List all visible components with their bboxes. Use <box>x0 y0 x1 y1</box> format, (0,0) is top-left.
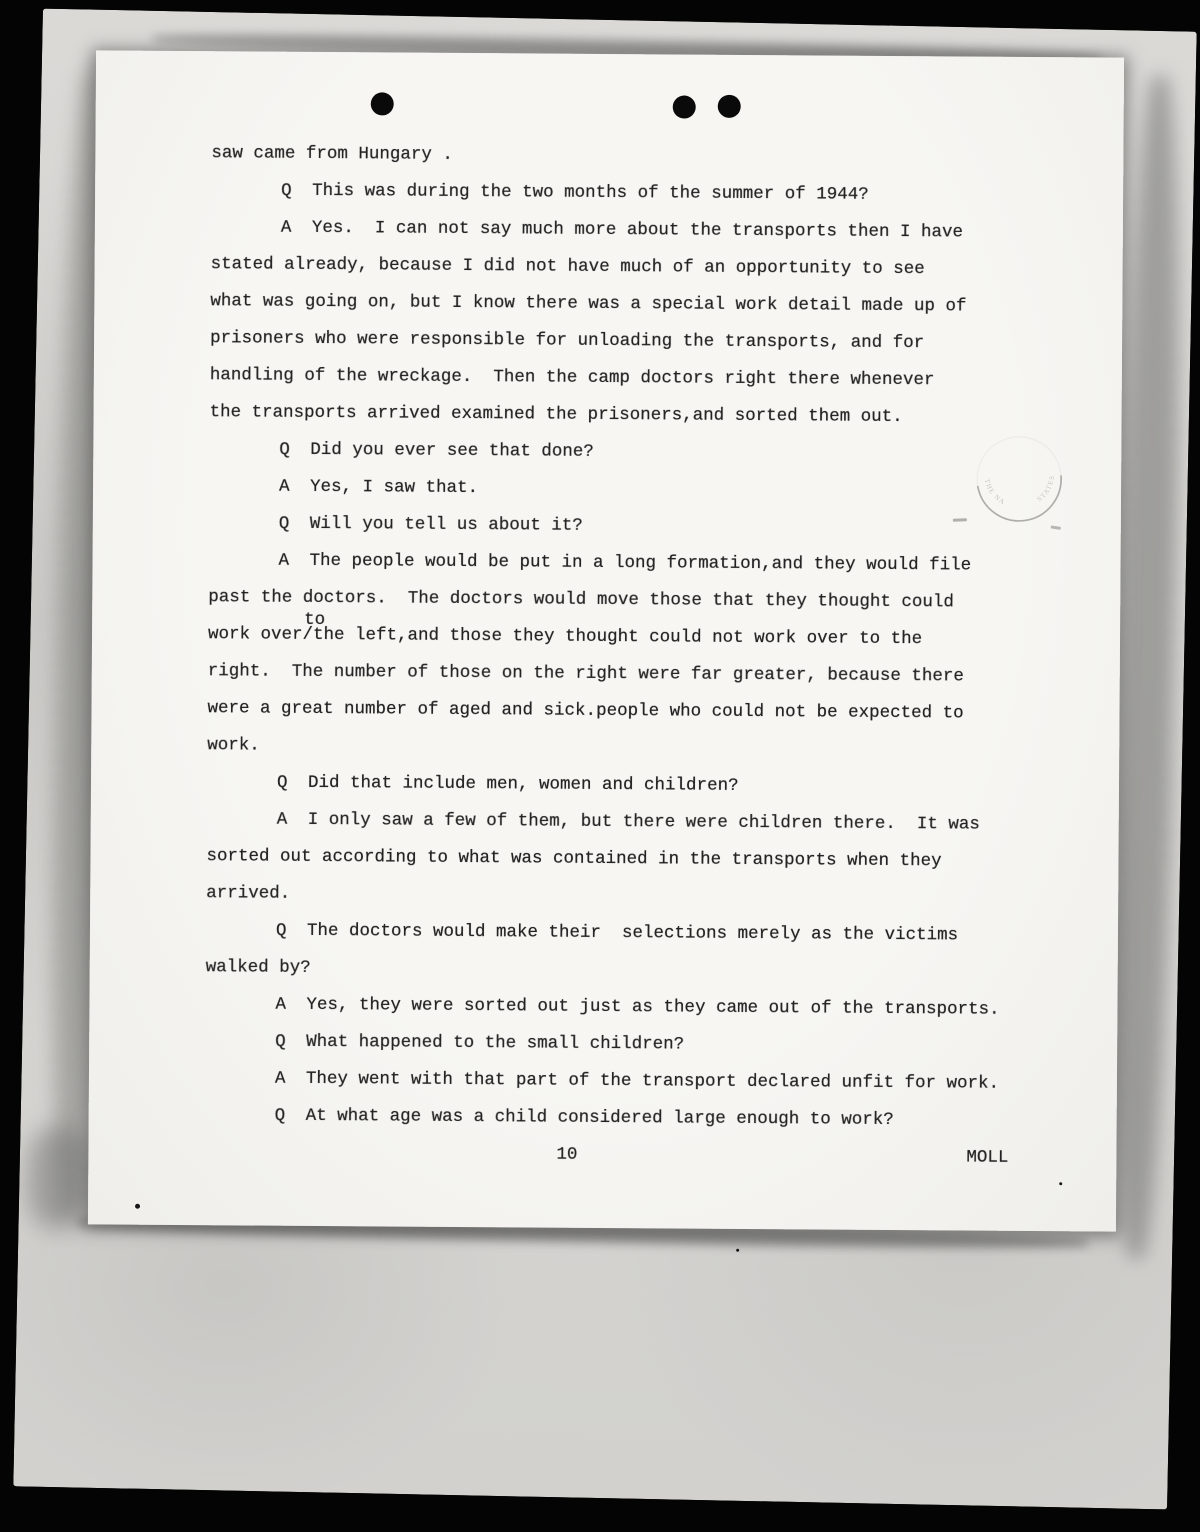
line-text: This was during the two months of the su… <box>312 181 869 205</box>
transcript-line: work over/the left,and those they though… <box>208 616 1048 659</box>
transcript-line: work. <box>207 727 1047 770</box>
transcript-text: saw came from Hungary . QThis was during… <box>204 135 1051 1177</box>
transcript-line: QAt what age was a child considered larg… <box>205 1097 1045 1140</box>
transcript-line: walked by? <box>206 949 1046 992</box>
speaker-label: Q <box>275 1098 306 1135</box>
line-text: prisoners who were responsible for unloa… <box>210 328 924 353</box>
line-text: Will you tell us about it? <box>310 514 583 536</box>
svg-text:THE NA: THE NA <box>983 478 1008 507</box>
line-text: The doctors would make their selections … <box>307 921 958 946</box>
page-number: 10 <box>556 1137 577 1174</box>
line-text: what was going on, but I know there was … <box>210 291 966 316</box>
speaker-label: Q <box>275 1024 306 1061</box>
transcript-line: QThis was during the two months of the s… <box>211 172 1051 215</box>
line-text: Yes, I saw that. <box>310 477 478 498</box>
speaker-label: A <box>278 543 309 580</box>
line-text: stated already, because I did not have m… <box>211 254 925 279</box>
transcript-line: AThe people would be put in a long forma… <box>208 542 1048 585</box>
transcript-line: past the doctors. The doctors would move… <box>208 579 1048 622</box>
transcript-line: right. The number of those on the right … <box>208 653 1048 696</box>
transcript-line: handling of the wreckage. Then the camp … <box>210 357 1050 400</box>
speaker-label: Q <box>279 432 310 469</box>
typed-page: saw came from Hungary . QThis was during… <box>88 50 1124 1231</box>
line-text: Yes. I can not say much more about the t… <box>312 218 963 243</box>
speaker-label: Q <box>279 506 310 543</box>
speaker-label: Q <box>281 173 312 210</box>
scanned-document: saw came from Hungary . QThis was during… <box>0 0 1200 1532</box>
transcript-line: QWill you tell us about it? <box>209 505 1049 548</box>
transcript-line: AYes, I saw that. <box>209 468 1049 511</box>
transcript-line: sorted out according to what was contain… <box>206 838 1046 881</box>
transcript-line: stated already, because I did not have m… <box>210 246 1050 289</box>
transcript-line: QWhat happened to the small children? <box>205 1023 1045 1066</box>
scan-smudge-bottom-left <box>26 1127 90 1230</box>
transcript-line: what was going on, but I know there was … <box>210 283 1050 326</box>
line-text: They went with that part of the transpor… <box>306 1069 999 1094</box>
ink-stamp: THE NA STATES <box>959 418 1080 539</box>
line-text: arrived. <box>206 883 290 904</box>
line-text: right. The number of those on the right … <box>208 661 964 686</box>
transcript-line: AI only saw a few of them, but there wer… <box>207 801 1047 844</box>
line-text: At what age was a child considered large… <box>306 1106 894 1130</box>
transcript-line: AYes. I can not say much more about the … <box>211 209 1051 252</box>
line-text: were a great number of aged and sick.peo… <box>207 698 963 723</box>
transcript-line: QDid that include men, women and childre… <box>207 764 1047 807</box>
transcript-line: QDid you ever see that done? <box>209 431 1049 474</box>
speaker-label: A <box>279 469 310 506</box>
line-text: Did you ever see that done? <box>310 440 594 462</box>
svg-text:STATES: STATES <box>1036 474 1057 503</box>
speaker-label: A <box>275 987 306 1024</box>
speaker-label: Q <box>277 765 308 802</box>
line-text: The people would be put in a long format… <box>309 551 971 576</box>
footer-name: MOLL <box>966 1140 1008 1177</box>
line-text: the transports arrived examined the pris… <box>210 402 903 427</box>
line-text: What happened to the small children? <box>306 1032 684 1055</box>
line-text: work. <box>207 735 260 755</box>
line-text: sorted out according to what was contain… <box>206 846 941 871</box>
line-text: handling of the wreckage. Then the camp … <box>210 365 935 390</box>
stamp-text-fragment: THE NA <box>983 478 1008 507</box>
stamp-text-fragment: STATES <box>1036 474 1057 503</box>
transcript-line: the transports arrived examined the pris… <box>209 394 1049 437</box>
speck <box>1059 1182 1062 1185</box>
page-footer: 10 MOLL <box>204 1134 1044 1177</box>
speck <box>736 1249 739 1252</box>
transcript-line: AThey went with that part of the transpo… <box>205 1060 1045 1103</box>
transcript-line: prisoners who were responsible for unloa… <box>210 320 1050 363</box>
speaker-label: A <box>275 1061 306 1098</box>
line-text: saw came from Hungary . <box>211 143 453 165</box>
line-text: Yes, they were sorted out just as they c… <box>306 995 999 1020</box>
line-text: walked by? <box>206 957 311 978</box>
inserted-word: to <box>304 602 325 639</box>
speaker-label: A <box>277 802 308 839</box>
speaker-label: A <box>281 210 312 247</box>
transcript-line: QThe doctors would make their selections… <box>206 912 1046 955</box>
speaker-label: Q <box>276 913 307 950</box>
punch-hole <box>371 92 394 115</box>
line-text: I only saw a few of them, but there were… <box>308 810 980 835</box>
line-text: Did that include men, women and children… <box>308 773 739 796</box>
punch-hole <box>673 95 696 118</box>
transcript-line: AYes, they were sorted out just as they … <box>205 986 1045 1029</box>
punch-hole <box>718 95 741 118</box>
speck <box>135 1204 140 1209</box>
transcript-line: arrived. <box>206 875 1046 918</box>
transcript-line: were a great number of aged and sick.peo… <box>207 690 1047 733</box>
transcript-line: saw came from Hungary . <box>211 135 1051 178</box>
